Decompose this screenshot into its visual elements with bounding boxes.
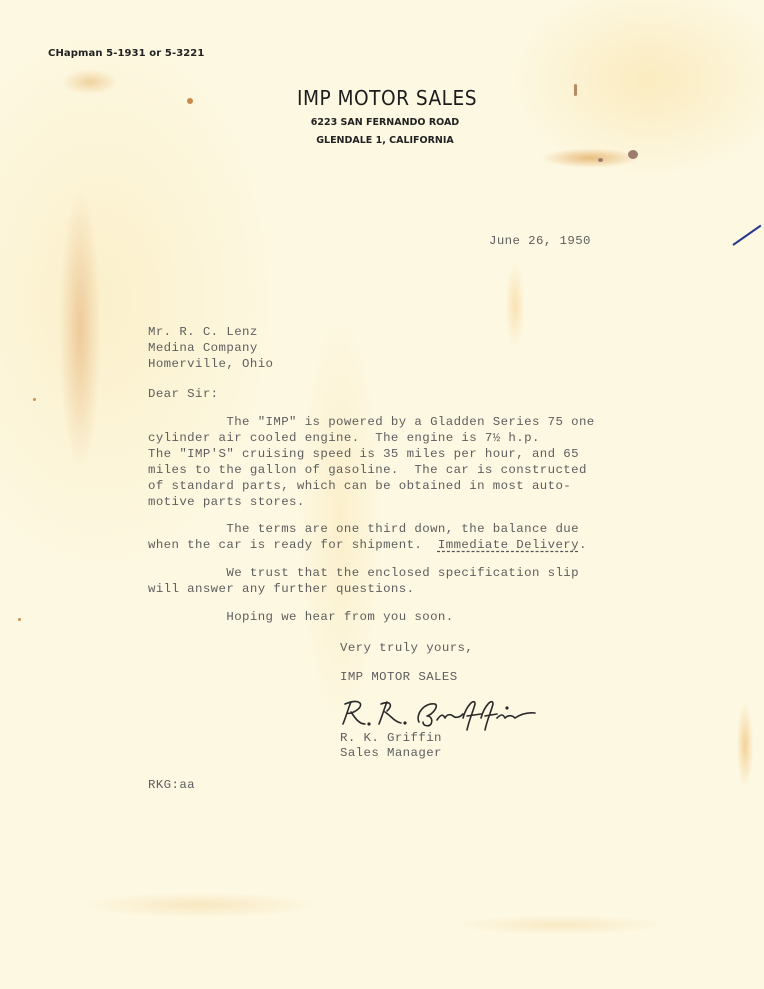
- signer-title: Sales Manager: [340, 745, 442, 761]
- body-line: when the car is ready for shipment. Imme…: [148, 537, 587, 553]
- handwritten-signature: R. K. Griffin: [335, 694, 545, 734]
- body-line: The terms are one third down, the balanc…: [148, 521, 587, 537]
- letterhead-address-line2: GLENDALE 1, CALIFORNIA: [290, 135, 480, 146]
- signature-company: IMP MOTOR SALES: [340, 669, 458, 685]
- body-line: motive parts stores.: [148, 494, 595, 510]
- letterhead-address-line1: 6223 SAN FERNANDO ROAD: [290, 117, 480, 128]
- immediate-delivery-emphasis: Immediate Delivery: [438, 538, 579, 552]
- body-line: The "IMP'S" cruising speed is 35 miles p…: [148, 446, 595, 462]
- recipient-block: Mr. R. C. LenzMedina CompanyHomerville, …: [148, 324, 273, 372]
- body-paragraph-4: Hoping we hear from you soon.: [148, 609, 454, 625]
- salutation: Dear Sir:: [148, 386, 219, 402]
- stain-spot: [574, 84, 577, 96]
- recipient-company: Medina Company: [148, 340, 273, 356]
- closing: Very truly yours,: [340, 640, 473, 656]
- body-line: The "IMP" is powered by a Gladden Series…: [148, 414, 595, 430]
- stain-spot: [628, 150, 638, 159]
- body-line: cylinder air cooled engine. The engine i…: [148, 430, 595, 446]
- recipient-name: Mr. R. C. Lenz: [148, 324, 273, 340]
- body-line: We trust that the enclosed specification…: [148, 565, 579, 581]
- recipient-city: Homerville, Ohio: [148, 356, 273, 372]
- body-line: will answer any further questions.: [148, 581, 579, 597]
- body-text: .: [579, 538, 587, 552]
- stain-spot: [187, 98, 193, 104]
- letterhead-phone: CHapman 5-1931 or 5-3221: [48, 48, 204, 59]
- body-paragraph-2: The terms are one third down, the balanc…: [148, 521, 587, 553]
- stain-spot: [598, 158, 603, 162]
- stain-spot: [18, 618, 21, 621]
- reference-initials: RKG:aa: [148, 777, 195, 793]
- body-line: miles to the gallon of gasoline. The car…: [148, 462, 595, 478]
- body-text: when the car is ready for shipment.: [148, 538, 438, 552]
- body-paragraph-3: We trust that the enclosed specification…: [148, 565, 579, 597]
- body-paragraph-1: The "IMP" is powered by a Gladden Series…: [148, 414, 595, 510]
- letter-date: June 26, 1950: [489, 233, 591, 249]
- typed-signer-name: R. K. Griffin: [340, 730, 442, 746]
- stain-spot: [33, 398, 36, 401]
- letterhead-company-name: IMP MOTOR SALES: [289, 86, 484, 110]
- body-line: of standard parts, which can be obtained…: [148, 478, 595, 494]
